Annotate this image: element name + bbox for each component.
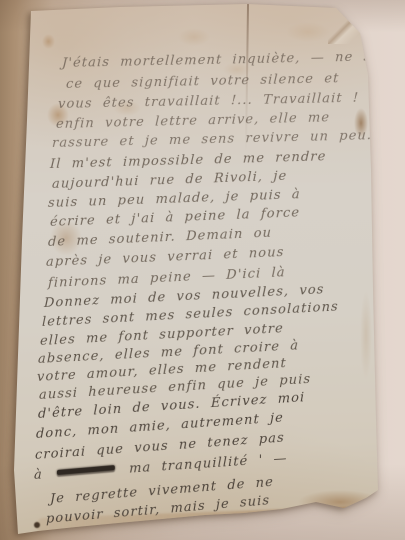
handwritten-text: J'étais mortellement inquiète, — ne sava… [0,0,405,540]
photograph-background: J'étais mortellement inquiète, — ne sava… [0,0,405,540]
paper-sheet: J'étais mortellement inquiète, — ne sava… [0,0,405,540]
handwritten-line: J'étais mortellement inquiète, — ne sava… [62,49,405,71]
handwritten-line: enfin votre lettre arrive, elle me [56,110,331,132]
ink-blot-strikethrough [57,465,115,475]
handwritten-line: vous êtes travaillait !... Travaillait ! [58,91,360,112]
letter-paper: J'étais mortellement inquiète, — ne sava… [0,0,405,540]
handwritten-line: ce que signifiait votre silence et [66,71,340,92]
handwritten-line: rassure et je me sens revivre un peu. [52,128,373,151]
